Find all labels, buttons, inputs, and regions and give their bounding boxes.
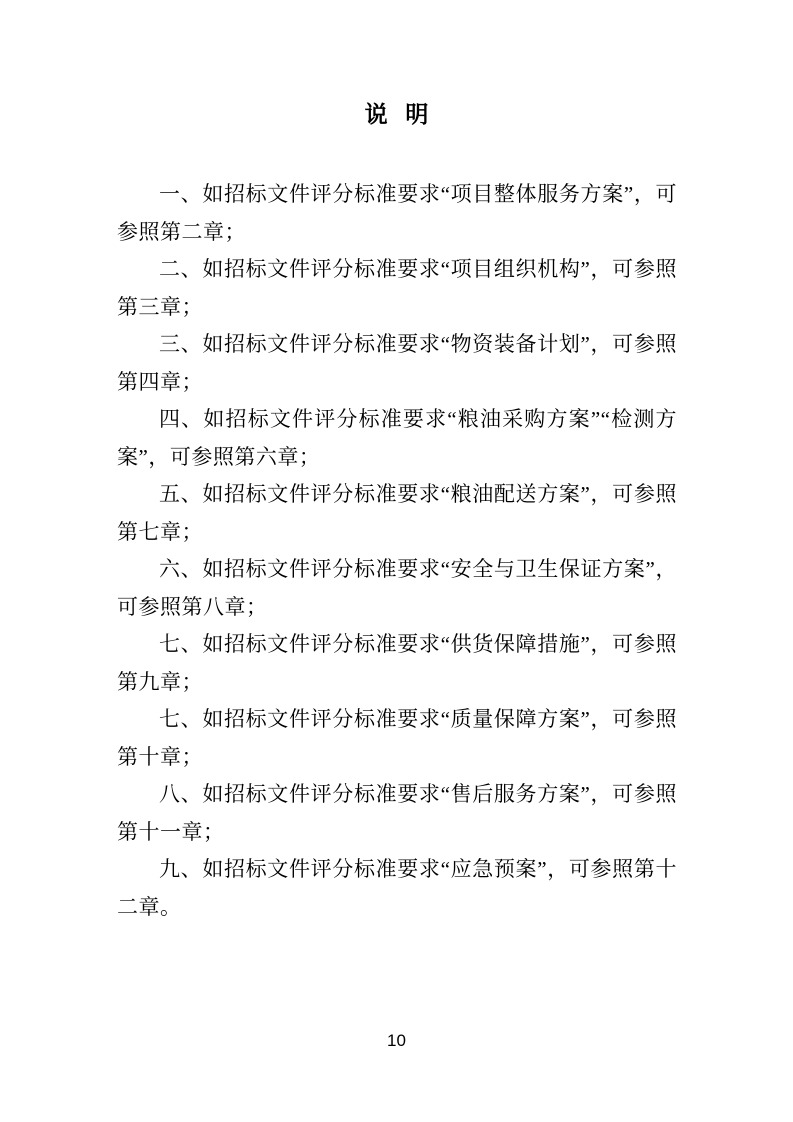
page-content: 说 明 一、如招标文件评分标准要求“项目整体服务方案”，可参照第二章； 二、如招…	[117, 0, 677, 926]
explanation-item-4: 四、如招标文件评分标准要求“粮油采购方案”“检测方案”，可参照第六章；	[117, 401, 677, 476]
body-text: 一、如招标文件评分标准要求“项目整体服务方案”，可参照第二章； 二、如招标文件评…	[117, 176, 677, 926]
explanation-item-9: 八、如招标文件评分标准要求“售后服务方案”，可参照第十一章；	[117, 776, 677, 851]
explanation-item-1: 一、如招标文件评分标准要求“项目整体服务方案”，可参照第二章；	[117, 176, 677, 251]
page-title: 说 明	[117, 101, 677, 129]
explanation-item-10: 九、如招标文件评分标准要求“应急预案”，可参照第十二章。	[117, 851, 677, 926]
explanation-item-7: 七、如招标文件评分标准要求“供货保障措施”，可参照第九章；	[117, 626, 677, 701]
explanation-item-8: 七、如招标文件评分标准要求“质量保障方案”，可参照第十章；	[117, 701, 677, 776]
explanation-item-6: 六、如招标文件评分标准要求“安全与卫生保证方案”，可参照第八章；	[117, 551, 677, 626]
explanation-item-5: 五、如招标文件评分标准要求“粮油配送方案”，可参照第七章；	[117, 476, 677, 551]
explanation-item-3: 三、如招标文件评分标准要求“物资装备计划”，可参照第四章；	[117, 326, 677, 401]
document-page: 说 明 一、如招标文件评分标准要求“项目整体服务方案”，可参照第二章； 二、如招…	[0, 0, 793, 1122]
explanation-item-2: 二、如招标文件评分标准要求“项目组织机构”，可参照第三章；	[117, 251, 677, 326]
page-number: 10	[0, 1031, 793, 1051]
